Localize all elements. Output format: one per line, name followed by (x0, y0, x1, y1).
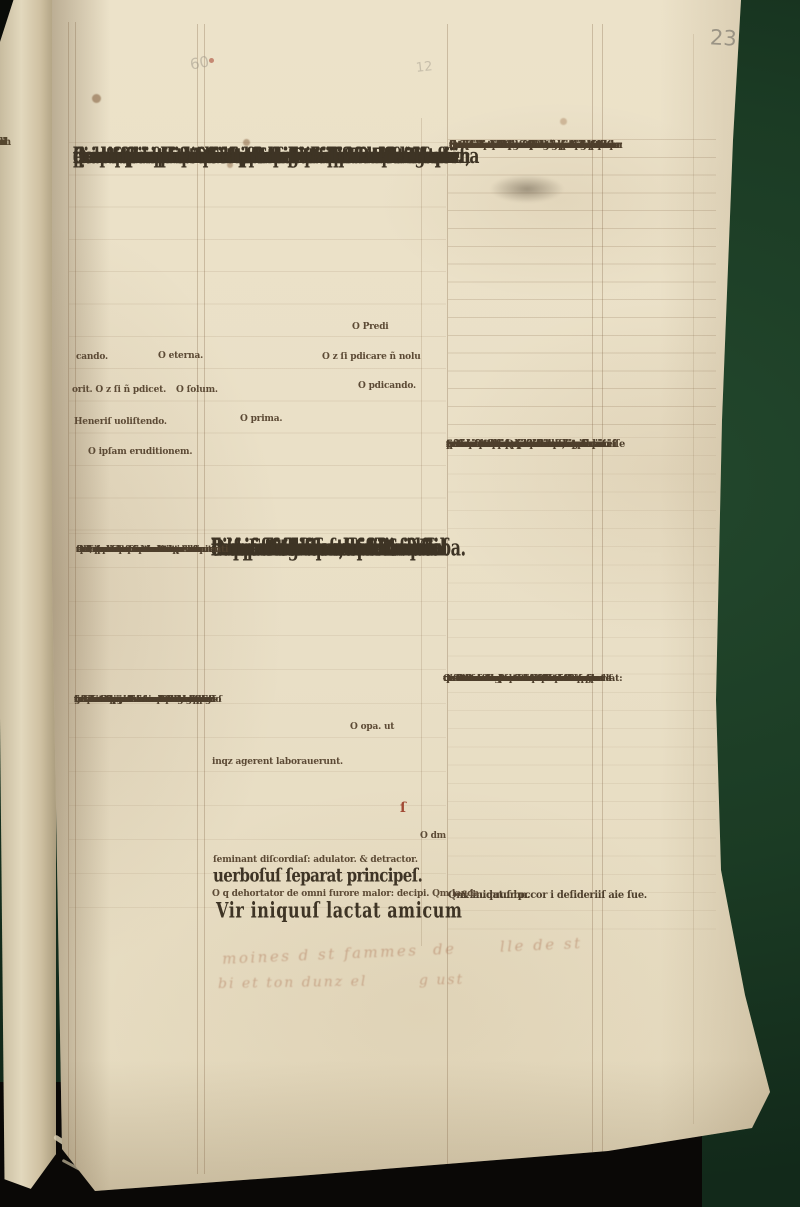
interlinear-gloss: cando. (76, 352, 108, 362)
facing-page-edge (0, 0, 56, 1196)
ruling-line (592, 24, 593, 1166)
interlinear-gloss: O ſolum. (176, 385, 218, 395)
text-line: uicit. (443, 669, 469, 689)
stain (560, 118, 567, 125)
faded-cursive-annotation: moines d st fammes de lle de st (222, 934, 583, 968)
manuscript-photo: mata w.duæ ſhmſ readhoreſiteſ retro.maie… (0, 0, 800, 1207)
text-line: dulcedine procedunt. (76, 541, 181, 560)
interlinear-gloss: O eterna. (158, 351, 203, 361)
text-line: na. (74, 692, 89, 709)
pencil-mark: 60 (189, 52, 211, 73)
interlinear-gloss: inqz agerent laborauerunt. (212, 757, 343, 767)
pencil-mark: 12 (415, 59, 433, 76)
ruling-line (68, 22, 69, 1182)
gutter-shadow (52, 0, 110, 1207)
interlinear-gloss: O opa. ut (350, 722, 394, 732)
ruling-line (197, 24, 198, 1174)
main-text-line: uerboſuſ ſeparat principeſ. (213, 864, 422, 887)
text-line: tatiſ nre inflammata a gehen (74, 692, 216, 709)
interlinear-gloss: O prima. (240, 414, 282, 424)
interlinear-gloss: O ipſam eruditionem. (88, 447, 192, 457)
ruling-line (75, 22, 76, 1178)
text-line: mſ duff & hi (0, 128, 6, 157)
interlinear-gloss: orit. O z ſi ñ pdicet. (72, 385, 166, 395)
stain (209, 58, 214, 63)
interlinear-gloss: Heneriſ uoliſtendo. (74, 417, 167, 427)
folio-number: 23 (709, 25, 737, 50)
interlinear-gloss: O Predi (352, 322, 389, 332)
text-line: mo puerſuſ ſuſcitat liteſ. & (211, 531, 437, 565)
ruling-line (693, 34, 694, 1124)
ruling-line (204, 24, 205, 1174)
interlinear-gloss: O dm (420, 831, 446, 841)
text-line: corde contempnunt. (446, 436, 553, 454)
page-edge-shading (660, 0, 780, 1207)
faded-cursive-annotation: bi et ton dunz el g ust (218, 972, 464, 992)
text-line: in facti nauigatio uoni. (449, 137, 569, 155)
main-text-line: Vir iniquuſ lactat amicum (216, 897, 463, 923)
interlinear-gloss: ſeminant diſcordiaſ: adulator. & detract… (213, 855, 418, 865)
ruling-line (602, 24, 603, 1166)
red-paragraph-mark: ſ (400, 800, 406, 816)
interlinear-gloss: O z ſi pdicare ñ nolu (322, 352, 421, 362)
interlinear-gloss: O q dehortator de omni furore malor: dec… (212, 889, 479, 899)
interlinear-gloss: O pdicando. (358, 381, 416, 391)
horizontal-ruling (69, 142, 446, 532)
stain (92, 94, 101, 103)
text-line: pientiſ: erudiet oſ eiuſ & labiiſ illiuſ… (73, 139, 462, 171)
ruling-line (447, 24, 448, 1170)
ink-smudge-stain (490, 175, 564, 203)
manuscript-page: mentia eiuſ: quaſi imber ſerotinuſ. Poſſ… (0, 0, 800, 1207)
